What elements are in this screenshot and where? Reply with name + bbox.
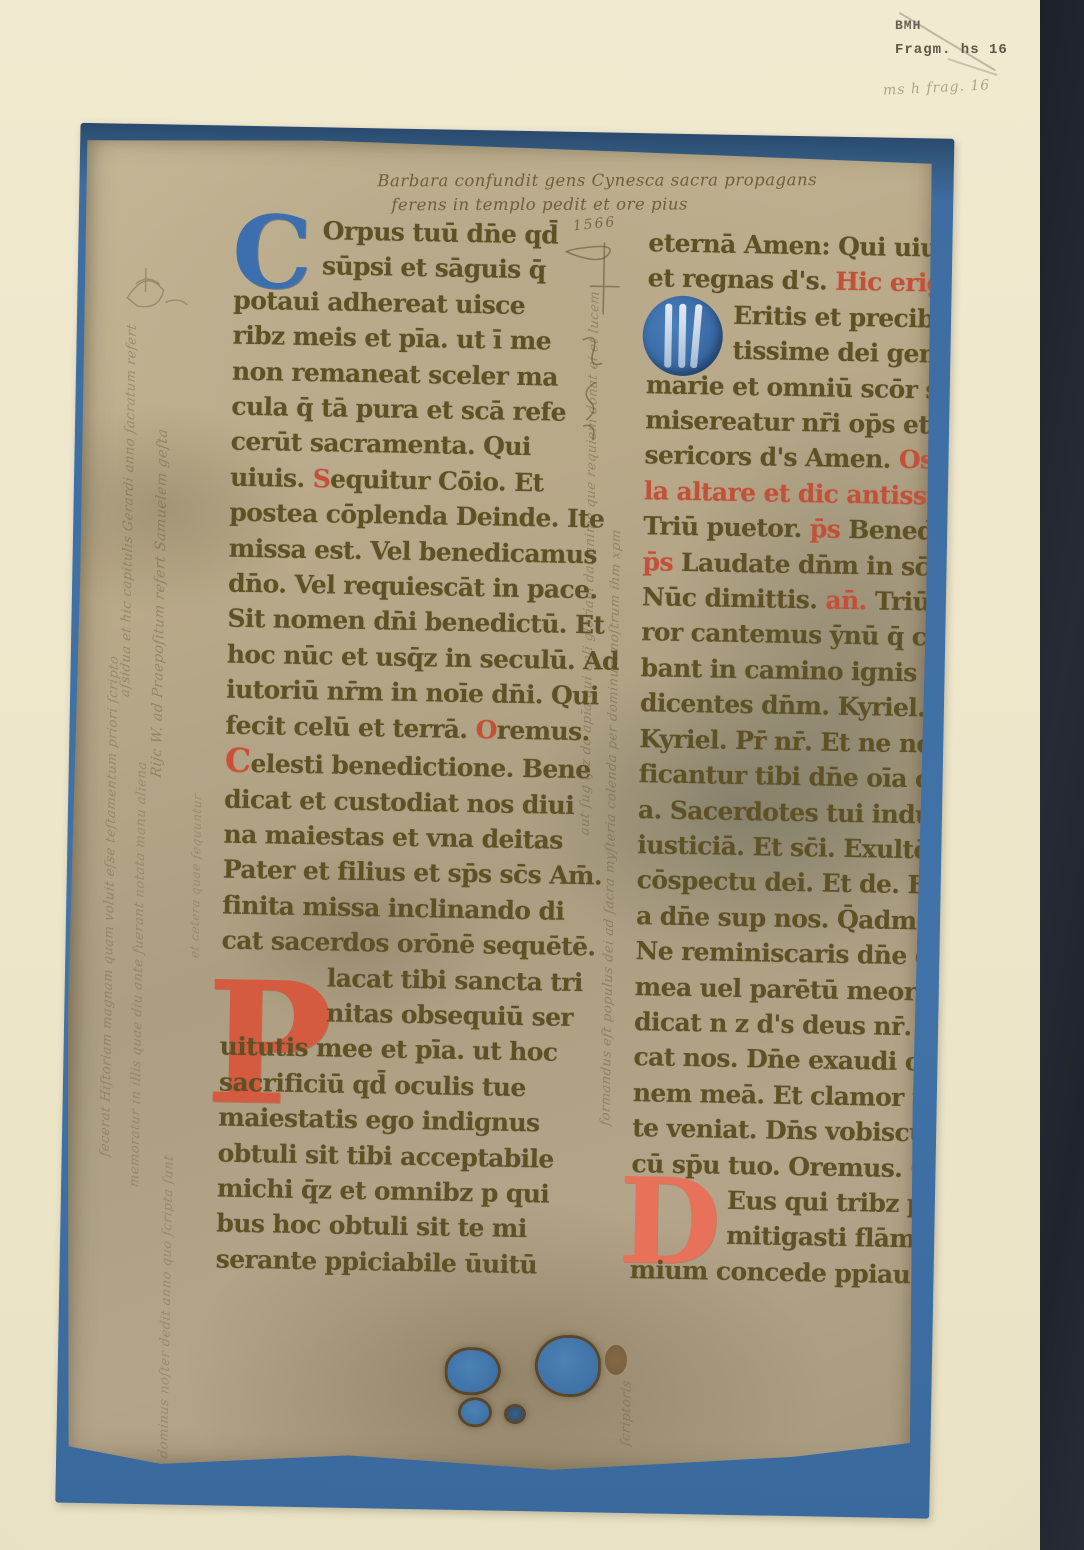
blackletter-text: Kyriel. Pr̄ nr̄. Et ne nos. <box>639 724 936 759</box>
blackletter-text: missa est. Vel benedicamus <box>229 533 598 569</box>
blackletter-text: ribz meis et pīa. ut ī me <box>232 321 551 356</box>
blackletter-text: Eus qui tribz pu <box>727 1186 937 1219</box>
manuscript-text-line: dicat n z d's deus nr̄. ben <box>634 1004 927 1045</box>
blackletter-text: Ne reminiscaris dn̄e deli <box>635 936 936 971</box>
manuscript-photograph: BMH Fragm. hs 16 ms h frag. 16 Barbara c… <box>0 0 1084 1550</box>
parchment-leaf: Barbara confundit gens Cynesca sacra pro… <box>58 135 936 1480</box>
blackletter-text: dicentes dn̄m. Kyriel. ch̄e <box>640 688 936 723</box>
blackletter-text: uiuis. <box>230 462 313 493</box>
parchment-hole <box>507 1407 523 1421</box>
manuscript-text-line: a dn̄e sup nos. Q̄admod <box>636 898 929 939</box>
blackletter-text: dicat et custodiat nos diui <box>224 784 574 819</box>
blackletter-text: serante ppiciabile ūuitū <box>216 1244 538 1279</box>
manuscript-text-line: Ne reminiscaris dn̄e deli <box>635 933 928 974</box>
blackletter-text: eternā Amen: Qui uiu <box>648 228 936 262</box>
blackletter-text: michi q̄z et omnibz p qui <box>217 1173 550 1208</box>
manuscript-text-line: dicentes dn̄m. Kyriel. ch̄e <box>640 685 933 726</box>
marginal-annotation: ſcriptoris <box>618 1379 634 1447</box>
manuscript-text-line: te veniat. Dn̄s vobiscū. <box>632 1110 925 1151</box>
rust-stain <box>605 1345 628 1375</box>
blackletter-text: nitas obsequiū ser <box>326 998 573 1032</box>
blackletter-text: hoc nūc et usq̄z in seculū. Ad <box>227 639 620 675</box>
parchment-hole <box>447 1350 498 1393</box>
blackletter-text: mea uel parētū meor. Ib <box>635 972 937 1007</box>
blackletter-text: cula q̄ tā pura et scā refe <box>231 392 566 427</box>
blackletter-text: tissime dei genitric <box>732 336 936 370</box>
blackletter-text: te veniat. Dn̄s vobiscū. <box>632 1113 935 1148</box>
blackletter-text: nem meā. Et clamor m̄ <box>633 1078 937 1113</box>
blackletter-text: fecit celū et terrā. <box>225 710 476 744</box>
manuscript-text-line: marie et omniū scōr s <box>646 367 937 408</box>
rubric-text: p̄s <box>810 515 849 545</box>
blackletter-text: a dn̄e sup nos. Q̄admod <box>636 901 936 936</box>
blackletter-text: Triū puetor. <box>643 511 810 543</box>
manuscript-text-line: eternā Amen: Qui uiu <box>648 225 936 266</box>
manuscript-text-line: p̄s Laudate dn̄m in sc̄is p <box>642 544 935 585</box>
blackletter-text: sūpsi et sāguis q̄ <box>322 252 546 285</box>
blackletter-text: Benedic <box>848 515 936 546</box>
marginal-annotation: aſsidua et hic capitulis Gerardi anno ſa… <box>118 323 140 698</box>
blackletter-text: et regnas d's. <box>648 264 836 296</box>
blackletter-text: postea cōplenda Deinde. Ite <box>229 498 604 534</box>
blackletter-text: finita missa inclinando di <box>222 890 565 925</box>
blackletter-text: Orpus tuū dn̄e qd̄ <box>322 216 558 249</box>
rubric-text: O <box>475 715 497 744</box>
manuscript-text-line: cōspectu dei. Et de. Fiat mi <box>636 862 929 903</box>
blackletter-text: Laudate dn̄m in sc̄is <box>681 548 936 582</box>
blackletter-text: dicat n z d's deus nr̄. ben <box>634 1007 936 1042</box>
marginal-annotation: quod dominus noſter dedit anno quo ſcrip… <box>155 1154 176 1480</box>
top-cursive-inscription: Barbara confundit gens Cynesca sacra pro… <box>377 168 857 217</box>
blackletter-text: cū sp̄u tuo. Oremus. <box>631 1149 910 1183</box>
blackletter-text: potaui adhereat uisce <box>233 285 525 319</box>
manuscript-text-line: Eus qui tribz pu <box>631 1181 924 1222</box>
manuscript-text-line: Nūc dimittis. an̄. Triū p <box>642 579 935 620</box>
inscription-line: Barbara confundit gens Cynesca sacra pro… <box>377 168 857 193</box>
rubric-text: S <box>312 464 330 493</box>
marginal-annotation: fecerat Hiſtoriam magnam quam voluit eſs… <box>98 655 122 1158</box>
rubric-text: p̄s <box>642 547 681 577</box>
blackletter-text: a. Sacerdotes tui induan <box>638 795 936 830</box>
blackletter-text: ror cantemus ȳnū q̄ cāta <box>641 618 936 653</box>
marginal-annotation: Rijc W. ad Praepoſitum refert Samuelem g… <box>149 427 171 779</box>
manuscript-text-line: et regnas d's. Hic erigr. <box>647 261 936 302</box>
rubric-text: Hic erigr. <box>835 267 936 298</box>
blackletter-text: cerūt sacramenta. Qui <box>230 427 531 461</box>
parchment-hole <box>461 1400 489 1425</box>
manuscript-text-line: serante ppiciabile ūuitū <box>215 1241 614 1284</box>
pencil-annotation: ms h frag. 16 <box>883 77 991 99</box>
blackletter-text: mium concede ppiau <box>629 1255 910 1289</box>
blackletter-text: cōspectu dei. Et de. Fiat mi <box>637 865 937 901</box>
rubric-text: C <box>225 741 251 780</box>
marginal-annotation: et cetera quae ſequuntur <box>187 793 204 960</box>
blackletter-text: sericors d's Amen. <box>644 441 899 475</box>
blackletter-text: cat nos. Dn̄e exaudi ora <box>633 1042 936 1077</box>
manuscript-text-line: ficantur tibi dn̄e oīa op <box>638 756 931 797</box>
blackletter-text: Sit nomen dn̄i benedictū. Et <box>227 604 604 640</box>
blackletter-text: dn̄o. Vel requiescāt in pace. <box>228 569 598 605</box>
manuscript-text-line: ror cantemus ȳnū q̄ cāta <box>641 615 934 656</box>
blackletter-text: marie et omniū scōr s <box>646 370 937 404</box>
manuscript-text-line: mitigasti flāma <box>630 1216 923 1257</box>
manuscript-text-line: mium concede ppiau <box>629 1252 922 1293</box>
blackletter-text: obtuli sit tibi acceptabile <box>217 1138 554 1173</box>
blackletter-text: bus hoc obtuli sit te mi <box>216 1209 527 1244</box>
blackletter-text: iutoriū nr̄m in noīe dn̄i. Qui <box>226 675 599 711</box>
manuscript-text-line: bant in camino ignis b <box>640 650 933 691</box>
marginal-annotation: memoratur in illis quae diu ante fuerant… <box>127 760 150 1188</box>
text-column-right: eternā Amen: Qui uiuet regnas d's. Hic e… <box>629 225 936 1320</box>
text-column-left: Orpus tuū dn̄e qd̄sūpsi et sāguis q̄pota… <box>215 212 633 1309</box>
manuscript-text-line: Kyriel. Pr̄ nr̄. Et ne nos. <box>639 721 932 762</box>
manuscript-text-line: la altare et dic antissimā <box>644 473 937 514</box>
parchment-hole <box>537 1337 598 1394</box>
blackletter-text: remus. <box>497 715 590 746</box>
manuscript-text-line: nem meā. Et clamor m̄ <box>633 1075 926 1116</box>
blackletter-text: elesti benedictione. Bene <box>250 749 591 784</box>
blackletter-text: bant in camino ignis b <box>640 653 936 688</box>
blackletter-text: non remaneat sceler ma <box>232 356 558 391</box>
manuscript-text-line: mea uel parētū meor. Ib <box>635 969 928 1010</box>
blackletter-text: cat sacerdos orōnē sequētē. <box>221 926 595 962</box>
rubric-text: an̄. <box>825 586 875 616</box>
mounted-fragment: Barbara confundit gens Cynesca sacra pro… <box>53 123 958 1523</box>
blackletter-text: uitutis mee et pīa. ut hoc <box>219 1032 557 1067</box>
blackletter-text: Pater et filius et sp̄s sc̄s Am̄. <box>223 855 603 891</box>
blackletter-text: Eritis et precibz sa <box>733 301 936 335</box>
blackletter-text: lacat tibi sancta tri <box>327 963 583 997</box>
manuscript-text-line: tissime dei genitric <box>646 331 936 372</box>
blackletter-text: Nūc dimittis. <box>642 582 826 614</box>
blackletter-text: na maiestas et vna deitas <box>223 819 563 854</box>
manuscript-text-line: cat nos. Dn̄e exaudi ora <box>633 1039 926 1080</box>
margin-sketch-doodle <box>117 254 194 315</box>
blackletter-text: equitur Cōio. Et <box>330 464 544 497</box>
rubric-text: la altare et dic antissimā <box>644 476 937 511</box>
manuscript-text-line: Eritis et precibz sa <box>647 296 936 337</box>
manuscript-text-line: Celesti benedictione. Bene <box>225 743 624 789</box>
manuscript-text-line: cū sp̄u tuo. Oremus. Cōm <box>631 1146 924 1187</box>
manuscript-text-line: cat sacerdos orōnē sequētē. <box>221 923 620 966</box>
blackletter-text: maiestatis ego indignus <box>218 1103 540 1138</box>
blackletter-text: mitigasti flāma <box>726 1221 931 1254</box>
manuscript-text-line: sericors d's Amen. Osten <box>644 438 936 479</box>
manuscript-text-line: misereatur nr̄i op̄s et m <box>645 402 936 443</box>
shelfmark-label: BMH Fragm. hs 16 <box>895 18 1008 58</box>
blackletter-text: misereatur nr̄i op̄s et m <box>645 405 936 440</box>
blackletter-text: sacrificiū qd̄ oculis tue <box>219 1067 526 1102</box>
table-surface <box>1040 0 1084 1550</box>
blackletter-text: ficantur tibi dn̄e oīa op <box>638 759 936 794</box>
blackletter-text: iusticiā. Et sc̄i. Exultēt in s <box>637 830 936 866</box>
inscription-line: ferens in templo pedit et ore pius <box>377 192 857 217</box>
manuscript-text-line: Triū puetor. p̄s Benedic <box>643 508 936 549</box>
manuscript-text-line: a. Sacerdotes tui induan <box>638 792 931 833</box>
manuscript-text-line: iusticiā. Et sc̄i. Exultēt in s <box>637 827 930 868</box>
